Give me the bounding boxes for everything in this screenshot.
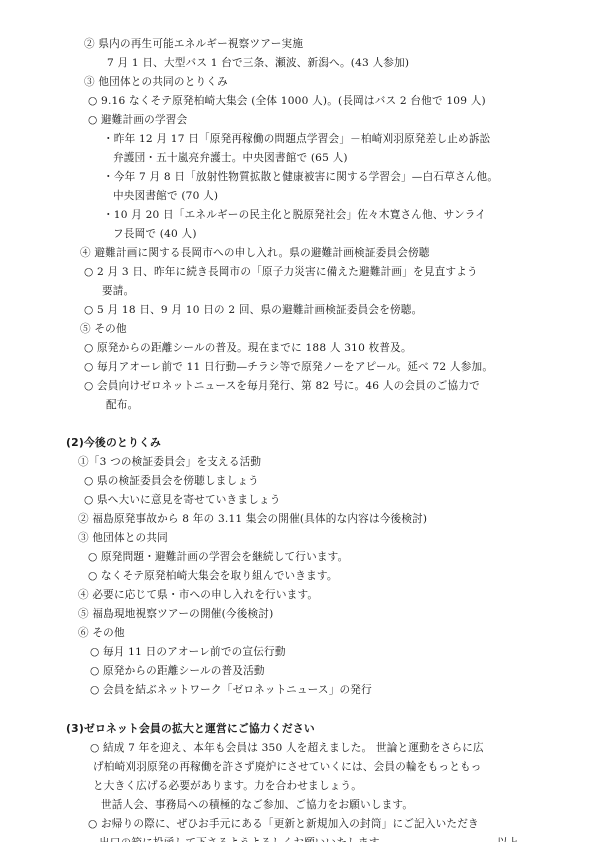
future-item-3-bullet-1: ○ 原発問題・避難計画の学習会を継続して行います。 [88,550,348,564]
membership-para-1-line-3: と大きく広げる必要があります。力を合わせましょう。 [93,779,362,793]
membership-para-1-line-4: 世話人会、事務局への積極的なご参加、ご協力をお願いします。 [101,798,413,812]
section-2-heading: (2)今後のとりくみ [66,436,161,450]
item-5-bullet-1: ○ 原発からの距離シールの普及。現在までに 188 人 310 枚普及。 [84,341,412,355]
study-session-3-line-2: フ長岡で (40 人) [113,227,197,241]
study-session-3-line-1: ・10 月 20 日「エネルギーの民主化と脱原発社会」佐々木寛さん他、サンライ [103,208,486,222]
item-2-title: ② 県内の再生可能エネルギー視察ツアー実施 [84,37,303,51]
item-3-title: ③ 他団体との共同のとりくみ [84,75,228,89]
future-item-1: ①「3 つの検証委員会」を支える活動 [78,455,261,469]
item-3-bullet-1: ○ 9.16 なくそテ原発柏崎大集会 (全体 1000 人)。(長岡はバス 2 … [88,94,486,108]
study-session-1-line-2: 弁護団・五十嵐亮弁護士。中央図書館で (65 人) [113,151,348,165]
item-4-title: ④ 避難計画に関する長岡市への申し入れ。県の避難計画検証委員会傍聴 [80,246,430,260]
item-5-bullet-2: ○ 毎月アオーレ前で 11 日行動—チラシ等で原発ノーをアピール。延べ 72 人… [84,360,493,374]
membership-para-1-line-2: げ柏崎刈羽原発の再稼働を許さず廃炉にさせていくには、会員の輪をもっともっ [93,760,482,774]
item-4-bullet-1-line-2: 要請。 [102,284,134,298]
closing-text: 以上 [497,836,519,842]
membership-para-2-line-2: 出口の箱に投函して下さるようよろしくお願いいたします。 [99,836,390,842]
membership-para-1-line-1: ○ 結成 7 年を迎え、本年も会員は 350 人を超えました。 世論と運動をさら… [90,741,484,755]
future-item-2: ② 福島原発事故から 8 年の 3.11 集会の開催(具体的な内容は今後検討) [78,512,427,526]
study-session-2-line-2: 中央図書館で (70 人) [113,189,218,203]
item-3-bullet-2: ○ 避難計画の学習会 [88,113,187,127]
future-item-6: ⑥ その他 [78,626,125,640]
item-5-bullet-3-line-1: ○ 会員向けゼロネットニュースを毎月発行、第 82 号に。46 人の会員のご協力… [84,379,480,393]
study-session-2-line-1: ・今年 7 月 8 日「放射性物質拡散と健康被害に関する学習会」—白石草さん他。 [103,170,498,184]
future-item-6-bullet-1: ○ 毎月 11 日のアオーレ前での宣伝行動 [90,645,286,659]
item-5-bullet-3-line-2: 配布。 [106,398,138,412]
item-5-title: ⑤ その他 [80,322,127,336]
future-item-6-bullet-3: ○ 会員を結ぶネットワーク「ゼロネットニュース」の発行 [90,683,372,697]
section-3-heading: (3)ゼロネット会員の拡大と運営にご協力ください [66,722,315,736]
future-item-4: ④ 必要に応じて県・市への申し入れを行います。 [78,588,318,602]
item-4-bullet-2: ○ 5 月 18 日、9 月 10 日の 2 回、県の避難計画検証委員会を傍聴。 [84,303,422,317]
item-2-detail: 7 月 1 日、大型バス 1 台で三条、瀬波、新潟へ。(43 人参加) [107,56,409,70]
future-item-1-bullet-2: ○ 県へ大いに意見を寄せていきましょう [84,493,281,507]
study-session-1-line-1: ・昨年 12 月 17 日「原発再稼働の問題点学習会」－柏崎刈羽原発差し止め訴訟 [103,132,490,146]
future-item-1-bullet-1: ○ 県の検証委員会を傍聴しましょう [84,474,259,488]
item-4-bullet-1-line-1: ○ 2 月 3 日、昨年に続き長岡市の「原子力災害に備えた避難計画」を見直すよう [84,265,478,279]
future-item-3: ③ 他団体との共同 [78,531,168,545]
future-item-3-bullet-2: ○ なくそテ原発柏崎大集会を取り組んでいきます。 [88,569,338,583]
membership-para-2-line-1: ○ お帰りの際に、ぜひお手元にある「更新と新規加入の封筒」にご記入いただき [88,817,479,831]
future-item-5: ⑤ 福島現地視察ツアーの開催(今後検討) [78,607,273,621]
future-item-6-bullet-2: ○ 原発からの距離シールの普及活動 [90,664,265,678]
